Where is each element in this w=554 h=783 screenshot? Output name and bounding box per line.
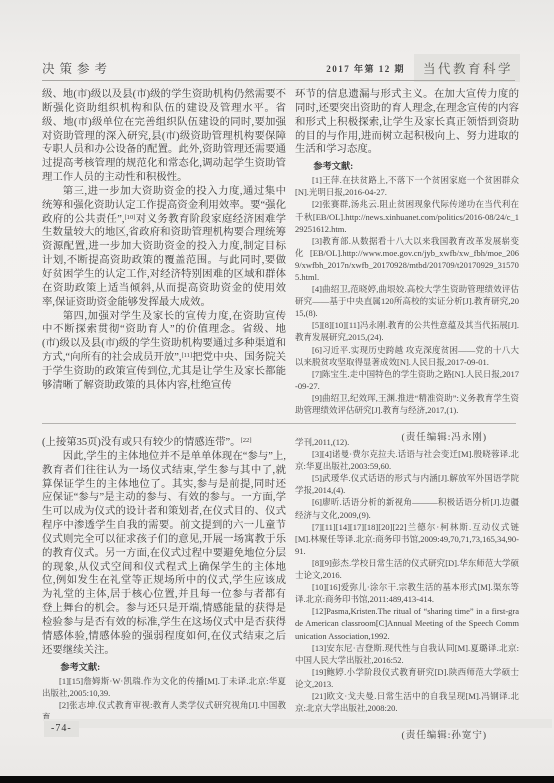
article-top: 级、地(市)级以及县(市)级的学生资助机构仍然需要不断强化资助组织机构和队伍的建…: [42, 88, 519, 443]
references-heading: 参考文献:: [42, 661, 286, 674]
reference-item: [3][4]诺曼·费尔克拉夫.话语与社会变迁[M].殷晓蓉译.北京:华夏出版社,…: [295, 448, 519, 472]
scanned-journal-page: 决策参考 2017 年第 12 期 当代教育科学 级、地(市)级以及县(市)级的…: [0, 0, 554, 783]
article-divider: [42, 423, 516, 424]
article-top-right-column: 环节的信息遗漏与形式主义。在加大宣传力度的同时,还要突出资助的育人理念,在理念宣…: [295, 88, 519, 443]
paragraph: 级、地(市)级以及县(市)级的学生资助机构仍然需要不断强化资助组织机构和队伍的建…: [42, 88, 286, 185]
header-right: 2017 年第 12 期 当代教育科学: [326, 54, 520, 82]
issue-label: 2017 年第 12 期: [326, 62, 405, 75]
scan-bottom-edge: [0, 776, 554, 783]
reference-item: [7]陈宝生.走中国特色的学生资助之路[N].人民日报,2017-09-27.: [295, 368, 519, 392]
article-bottom-left-column: (上接第35页)没有或只有较少的情感连带”。[22] 因此,学生的主体地位并不是…: [42, 436, 286, 741]
reference-item: [12]Pasma,Kristen.The ritual of “sharing…: [295, 605, 519, 641]
header-rule: [42, 80, 515, 81]
page-number: -74-: [44, 721, 79, 737]
paragraph: 第三,进一步加大资助资金的投入力度,通过集中统筹和强化资助认定工作提高资金利用效…: [42, 185, 286, 310]
reference-item: [21]欧文·戈夫曼.日常生活中的自我呈现[M].冯钢译.北京:北京大学出版社,…: [295, 690, 519, 714]
section-title: 决策参考: [42, 59, 112, 77]
paragraph: 因此,学生的主体地位并不是单单体现在“参与”上,教育者们往往认为一场仪式结束,学…: [42, 450, 286, 658]
reference-item: [4]曲绍卫,范晓婷,曲垠姣.高校大学生资助管理绩效评估研究——基于中央直属12…: [295, 283, 519, 319]
editor-note: (责任编辑:孙宽宁): [295, 727, 519, 741]
reference-item: [9]曲绍卫,纪效珲,王渊.推进“精准资助”:义务教育学生资助管理绩效评估研究[…: [295, 392, 519, 416]
reference-item: [13]安东尼·吉登斯.现代性与自我认同[M].夏璐译.北京:中国人民大学出版社…: [295, 642, 519, 666]
reference-item: [10][16]爱弥儿·涂尔干.宗教生活的基本形式[M].渠东等译.北京:商务印…: [295, 581, 519, 605]
reference-item: [5]武瑷华.仪式话语的形式与内涵[J].解放军外国语学院学报,2014,(4)…: [295, 472, 519, 496]
paragraph: 第四,加强对学生及家长的宣传力度,在资助宣传中不断探索贯彻“资助育人”的价值理念…: [42, 310, 286, 393]
reference-item: [1][15]詹姆斯·W·凯瑞.作为文化的传播[M].丁未译.北京:华夏出版社,…: [42, 675, 286, 699]
reference-item: [6]习近平.实现历史跨越 攻克深度贫困——党的十八大以来脱贫攻坚取得显著成效[…: [295, 344, 519, 368]
paragraph: 环节的信息遗漏与形式主义。在加大宣传力度的同时,还要突出资助的育人理念,在理念宣…: [295, 88, 519, 157]
journal-title-badge: 当代教育科学: [414, 54, 520, 82]
reference-item: [7][11][14][17][18][20][22]兰德尔·柯林斯.互动仪式链…: [295, 521, 519, 557]
reference-item: [19]鲍婷.小学阶段仪式教育研究[D].陕西师范大学硕士论文,2013.: [295, 666, 519, 690]
article-bottom: (上接第35页)没有或只有较少的情感连带”。[22] 因此,学生的主体地位并不是…: [42, 436, 519, 741]
footer-band: [44, 719, 552, 728]
page-header: 决策参考 2017 年第 12 期 当代教育科学: [42, 55, 520, 81]
reference-item: [3]教育部.从数据看十八大以来我国教育改革发展崭变化[EB/OL].http:…: [295, 235, 519, 283]
reference-item: 学刊,2011,(12).: [295, 436, 519, 448]
reference-item: [8][9]彭杰.学校日常生活的仪式研究[D].华东师范大学硕士论文,2016.: [295, 557, 519, 581]
article-top-left-column: 级、地(市)级以及县(市)级的学生资助机构仍然需要不断强化资助组织机构和队伍的建…: [42, 88, 286, 443]
continued-paragraph: (上接第35页)没有或只有较少的情感连带”。[22]: [42, 436, 286, 450]
reference-item: [1]王萍.在扶贫路上,不落下一个贫困家庭一个贫困群众[N].光明日报,2016…: [295, 174, 519, 198]
references-heading: 参考文献:: [295, 160, 519, 173]
reference-item: [2]张赛群,汤兆云.阻止贫困现象代际传递功在当代利在千秋[EB/OL].htt…: [295, 198, 519, 234]
reference-item: [6]廖昕.话语分析的新视角———积极话语分析[J].边疆经济与文化,2009,…: [295, 496, 519, 520]
article-bottom-right-column: 学刊,2011,(12). [3][4]诺曼·费尔克拉夫.话语与社会变迁[M].…: [295, 436, 519, 741]
reference-item: [5][8][10][11]冯永刚.教育的公共性意蕴及其当代拓展[J].教育发展…: [295, 319, 519, 343]
